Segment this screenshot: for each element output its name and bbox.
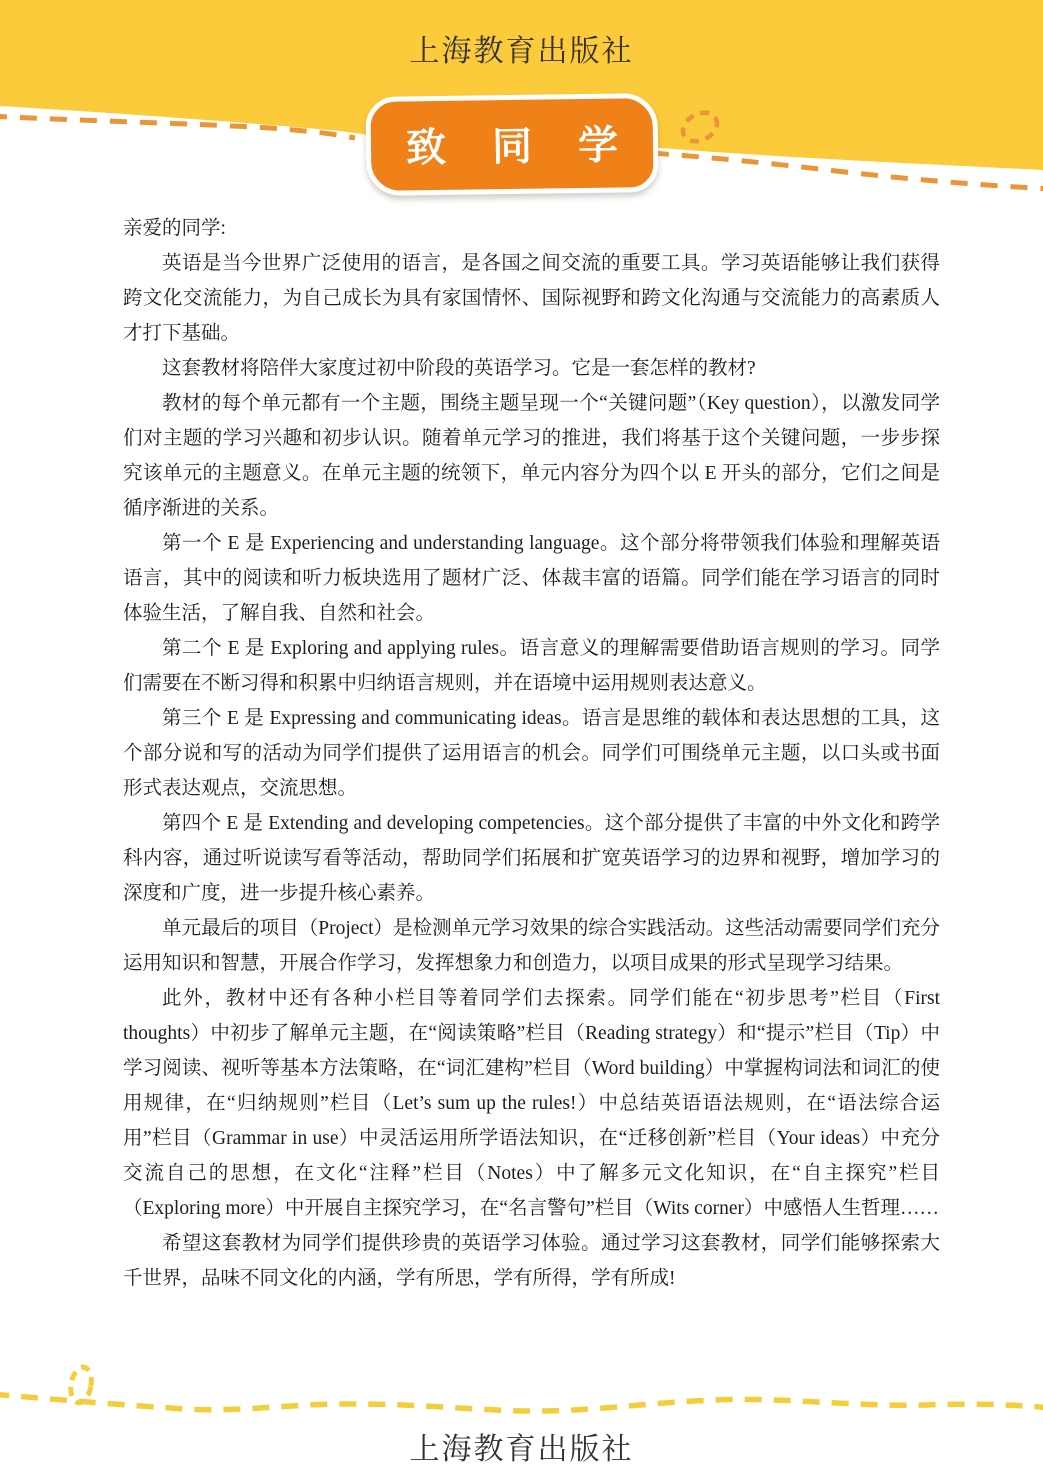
publisher-watermark-bottom: 上海教育出版社 xyxy=(0,1424,1043,1468)
page: 上海教育出版社 致同学 亲爱的同学: 英语是当今世界广泛使用的语言，是各国之间交… xyxy=(0,0,1043,1474)
paragraph: 此外，教材中还有各种小栏目等着同学们去探索。同学们能在“初步思考”栏目（Firs… xyxy=(123,981,940,1226)
paragraph: 教材的每个单元都有一个主题，围绕主题呈现一个“关键问题”（Key questio… xyxy=(123,386,940,526)
paragraph: 希望这套教材为同学们提供珍贵的英语学习体验。通过学习这套教材，同学们能够探索大千… xyxy=(123,1226,940,1296)
badge-title: 致同学 xyxy=(406,120,665,168)
paragraph: 第三个 E 是 Expressing and communicating ide… xyxy=(123,701,940,806)
paragraph: 单元最后的项目（Project）是检测单元学习效果的综合实践活动。这些活动需要同… xyxy=(123,911,940,981)
letter-body: 亲爱的同学: 英语是当今世界广泛使用的语言，是各国之间交流的重要工具。学习英语能… xyxy=(123,211,940,1296)
title-badge: 致同学 xyxy=(365,93,658,196)
paragraph: 第一个 E 是 Experiencing and understanding l… xyxy=(123,526,940,631)
paragraph: 第四个 E 是 Extending and developing compete… xyxy=(123,806,940,911)
publisher-watermark-top: 上海教育出版社 xyxy=(0,26,1043,70)
paragraph: 英语是当今世界广泛使用的语言，是各国之间交流的重要工具。学习英语能够让我们获得跨… xyxy=(123,246,940,351)
paragraph: 这套教材将陪伴大家度过初中阶段的英语学习。它是一套怎样的教材? xyxy=(123,351,940,386)
paragraph: 第二个 E 是 Exploring and applying rules。语言意… xyxy=(123,631,940,701)
salutation: 亲爱的同学: xyxy=(123,211,940,246)
